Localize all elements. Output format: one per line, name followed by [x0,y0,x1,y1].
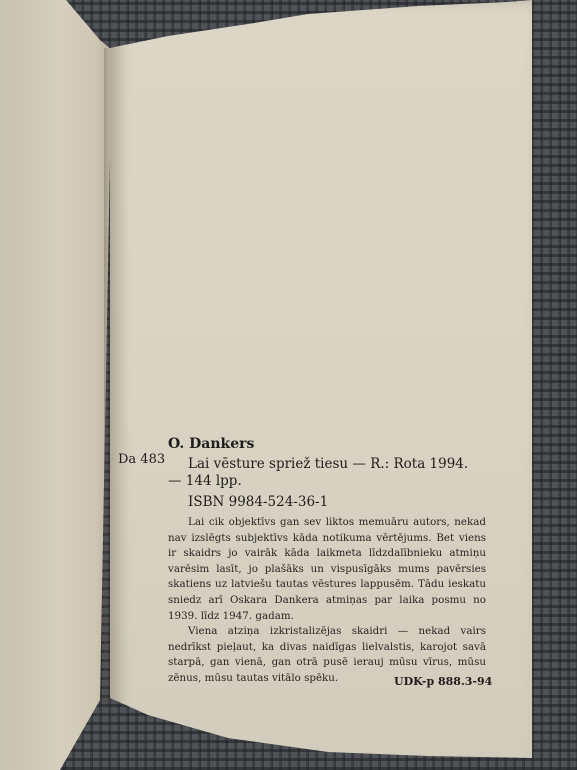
abstract-paragraph: Lai cik objektīvs gan sev liktos memuāru… [168,515,486,624]
book-gutter [104,48,110,703]
bibliographic-title: Lai vēsture spriež tiesu — R.: Rota 1994… [168,456,484,490]
left-book-page [0,0,112,770]
abstract: Lai cik objektīvs gan sev liktos memuāru… [168,515,486,687]
shelf-mark: Da 483 [118,452,165,467]
isbn-number: ISBN 9984-524-36-1 [188,494,328,510]
udk-classification: UDK-p 888.3-94 [394,675,492,688]
author-name: O. Dankers [168,436,254,452]
